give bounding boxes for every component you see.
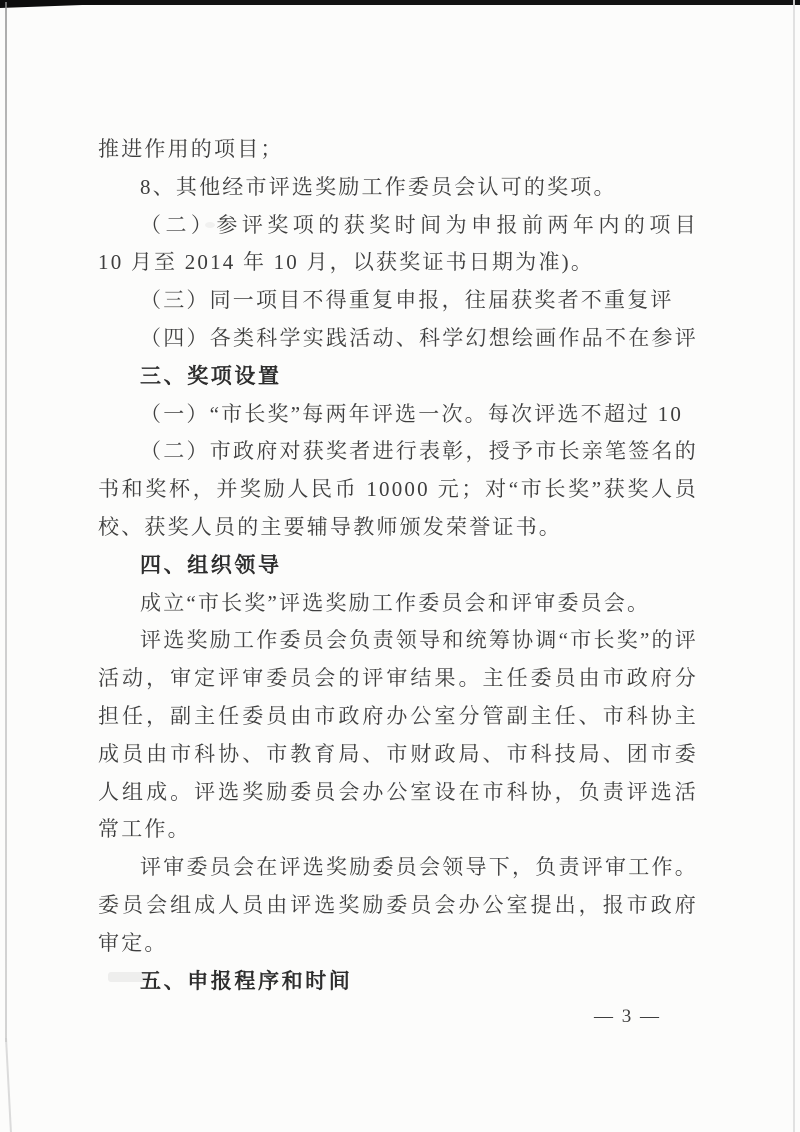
body-line: 担任，副主任委员由市政府办公室分管副主任、市科协主席担任， bbox=[98, 698, 698, 736]
body-line: 评选奖励工作委员会负责领导和统筹协调“市长奖”的评选 bbox=[98, 622, 698, 660]
page-number: — 3 — bbox=[594, 1002, 661, 1032]
text-block: 推进作用的项目； 8、其他经市评选奖励工作委员会认可的奖项。 （二）参评奖项的获… bbox=[98, 131, 698, 1000]
scan-left-page-edge-curve bbox=[5, 1038, 12, 1132]
body-line: 评审委员会在评选奖励委员会领导下，负责评审工作。评审 bbox=[98, 849, 698, 887]
scan-top-edge-artifact bbox=[0, 0, 800, 5]
body-line: 推进作用的项目； bbox=[98, 131, 698, 169]
scan-top-left-edge-artifact bbox=[0, 0, 120, 8]
section-heading-5: 五、申报程序和时间 bbox=[98, 963, 698, 1001]
body-line: 成员由市科协、市教育局、市财政局、市科技局、团市委的分管负责 bbox=[98, 736, 698, 774]
scan-left-page-edge bbox=[5, 2, 7, 1042]
body-line: （二）市政府对获奖者进行表彰，授予市长亲笔签名的荣誉证 bbox=[98, 433, 698, 471]
body-line: （一）“市长奖”每两年评选一次。每次评选不超过 10 名。 bbox=[98, 396, 698, 434]
body-line: 10 月至 2014 年 10 月，以获奖证书日期为准)。 bbox=[98, 244, 698, 282]
body-line: （四）各类科学实践活动、科学幻想绘画作品不在参评之列。 bbox=[98, 320, 698, 358]
body-line: 书和奖杯，并奖励人民币 10000 元；对“市长奖”获奖人员所在学 bbox=[98, 471, 698, 509]
body-line: （二）参评奖项的获奖时间为申报前两年内的项目(2012 年 bbox=[98, 207, 698, 245]
body-line: （三）同一项目不得重复申报，往届获奖者不重复评选。 bbox=[98, 282, 698, 320]
section-heading-3: 三、奖项设置 bbox=[98, 358, 698, 396]
body-line: 活动，审定评审委员会的评审结果。主任委员由市政府分管领导 bbox=[98, 660, 698, 698]
body-line: 人组成。评选奖励委员会办公室设在市科协，负责评选活动的日 bbox=[98, 774, 698, 812]
section-heading-4: 四、组织领导 bbox=[98, 547, 698, 585]
body-line: 成立“市长奖”评选奖励工作委员会和评审委员会。 bbox=[98, 585, 698, 623]
body-line: 委员会组成人员由评选奖励委员会办公室提出，报市政府办公室 bbox=[98, 887, 698, 925]
body-line: 8、其他经市评选奖励工作委员会认可的奖项。 bbox=[98, 169, 698, 207]
body-line: 审定。 bbox=[98, 925, 698, 963]
body-line: 常工作。 bbox=[98, 811, 698, 849]
body-line: 校、获奖人员的主要辅导教师颁发荣誉证书。 bbox=[98, 509, 698, 547]
scan-right-page-edge bbox=[793, 0, 795, 1132]
